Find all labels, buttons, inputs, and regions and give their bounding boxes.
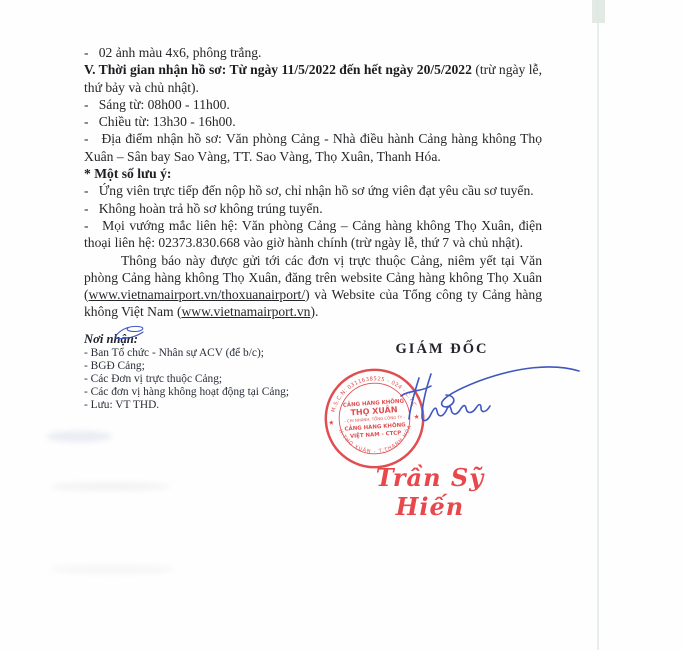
paragraph-photo-requirement: - 02 ảnh màu 4x6, phông trắng. [84, 44, 542, 61]
paragraph-closing: Thông báo này được gửi tới các đơn vị tr… [84, 252, 542, 321]
document-body: - 02 ảnh màu 4x6, phông trắng. V. Thời g… [84, 44, 542, 321]
scanned-document-page: - 02 ảnh màu 4x6, phông trắng. V. Thời g… [0, 0, 682, 650]
paragraph-schedule: V. Thời gian nhận hồ sơ: Từ ngày 11/5/20… [84, 61, 542, 96]
thoxuan-website-link: www.vietnamairport.vn/thoxuanairport/ [89, 287, 306, 302]
acv-website-link: www.vietnamairport.vn [181, 304, 310, 319]
paragraph-note-3: - Mọi vướng mắc liên hệ: Văn phòng Cảng … [84, 217, 542, 252]
notes-heading: * Một số lưu ý: [84, 165, 542, 182]
schedule-bold-text: V. Thời gian nhận hồ sơ: Từ ngày 11/5/20… [84, 62, 472, 77]
closing-text: ). [310, 304, 318, 319]
paragraph-afternoon-hours: - Chiều từ: 13h30 - 16h00. [84, 113, 542, 130]
scan-line-artifact [597, 0, 599, 650]
paragraph-location: - Địa điểm nhận hồ sơ: Văn phòng Cảng - … [84, 130, 542, 165]
stamp-star-left-icon: ★ [328, 419, 335, 427]
paraph-scribble-icon [113, 323, 147, 341]
recipient-item: - Ban Tổ chức - Nhân sự ACV (để b/c); [84, 347, 364, 360]
ink-ghost-smudge [46, 431, 112, 442]
ink-ghost-smudge [50, 565, 175, 574]
signature-ink [395, 361, 585, 429]
signer-name: Trần Sỹ Hiến [340, 463, 520, 521]
ink-ghost-smudge [50, 482, 170, 491]
paragraph-note-1: - Ứng viên trực tiếp đến nộp hồ sơ, chỉ … [84, 182, 542, 199]
director-title: GIÁM ĐỐC [352, 341, 532, 358]
paragraph-note-2: - Không hoàn trả hồ sơ không trúng tuyển… [84, 200, 542, 217]
paragraph-morning-hours: - Sáng từ: 08h00 - 11h00. [84, 96, 542, 113]
